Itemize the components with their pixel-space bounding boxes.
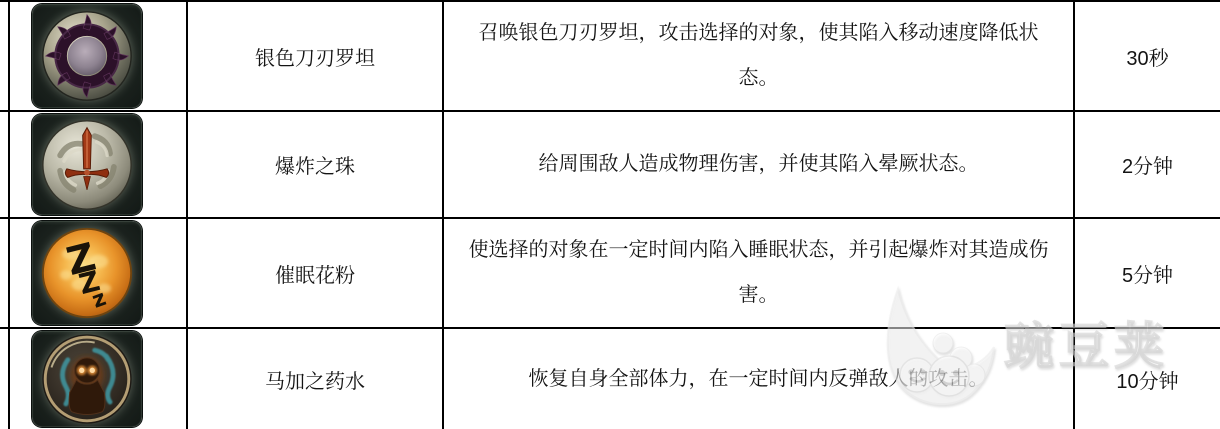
skill-table: 银色刀刃罗坦 召唤银色刀刃罗坦，攻击选择的对象，使其陷入移动速度降低状态。 30… — [0, 0, 1220, 429]
skill-description: 使选择的对象在一定时间内陷入睡眠状态，并引起爆炸对其造成伤害。 — [442, 219, 1073, 327]
maga-potion-icon — [39, 331, 135, 427]
skill-name: 催眠花粉 — [186, 219, 442, 327]
table-row: 马加之药水 恢复自身全部体力，在一定时间内反弹敌人的攻击。 10分钟 — [0, 329, 1220, 429]
skill-name: 爆炸之珠 — [186, 112, 442, 217]
skill-description: 召唤银色刀刃罗坦，攻击选择的对象，使其陷入移动速度降低状态。 — [442, 2, 1073, 110]
skill-description: 给周围敌人造成物理伤害，并使其陷入晕厥状态。 — [442, 112, 1073, 217]
skill-duration: 30秒 — [1073, 2, 1220, 110]
explosion-bead-icon — [39, 117, 135, 213]
left-spacer-cell — [0, 112, 8, 217]
table-row: 爆炸之珠 给周围敌人造成物理伤害，并使其陷入晕厥状态。 2分钟 — [0, 112, 1220, 219]
left-spacer-cell — [0, 2, 8, 110]
skill-description: 恢复自身全部体力，在一定时间内反弹敌人的攻击。 — [442, 329, 1073, 429]
skill-icon-tile — [32, 114, 142, 215]
skill-icon-tile — [32, 331, 142, 427]
left-spacer-cell — [0, 329, 8, 429]
skill-duration: 10分钟 — [1073, 329, 1220, 429]
sleep-pollen-icon: Z Z z — [39, 225, 135, 321]
skill-name: 银色刀刃罗坦 — [186, 2, 442, 110]
left-spacer-cell — [0, 219, 8, 327]
icon-cell — [8, 2, 186, 110]
icon-cell — [8, 329, 186, 429]
skill-icon-tile — [32, 4, 142, 108]
skill-duration: 5分钟 — [1073, 219, 1220, 327]
skill-name: 马加之药水 — [186, 329, 442, 429]
skill-duration: 2分钟 — [1073, 112, 1220, 217]
icon-cell — [8, 112, 186, 217]
table-row: Z Z z 催眠花粉 使选择的对象在一定时间内陷入睡眠状态，并引起爆炸对其造成伤… — [0, 219, 1220, 329]
silver-blade-rotan-icon — [39, 8, 135, 104]
skill-icon-tile: Z Z z — [32, 221, 142, 325]
icon-cell: Z Z z — [8, 219, 186, 327]
table-row: 银色刀刃罗坦 召唤银色刀刃罗坦，攻击选择的对象，使其陷入移动速度降低状态。 30… — [0, 2, 1220, 112]
